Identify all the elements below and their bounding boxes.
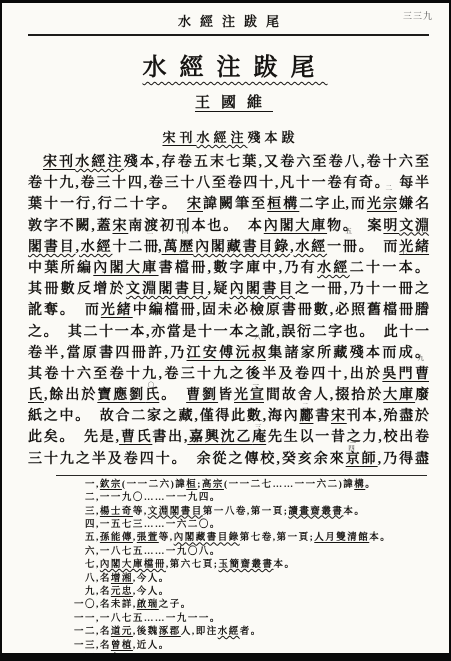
text-segment: 者。 [240,627,262,637]
text-segment: 酈 [299,409,313,424]
text-segment: 內閣大庫 [264,219,327,234]
footnote-line: 五,孫能傳,張萱等,內閣藏書目錄第七卷,第一頁;人月雙清館本。 [85,532,429,545]
text-segment: 其冊數反增於 [28,282,126,297]
text-segment: 光 [234,388,250,403]
text-segment: 止 [331,197,345,212]
text-segment: 一, [85,480,100,490]
text-segment: 十二 [112,240,144,255]
annotated-char: 四歷 [179,237,193,258]
text-segment: 曹劉 [186,388,218,403]
text-segment: 書 [313,409,331,424]
body-text: 宋刊水經注殘本,存卷五末七葉,又卷六至卷八,卷十六至卷十九,卷三十四,卷三十八至… [28,152,429,470]
footnote-line: 四,一五七三……一六二〇。 [85,519,429,532]
text-segment: 第一八卷,第一頁; [203,507,289,517]
text-segment: 歷 [179,240,193,255]
text-segment: 一〇,名未詳, [74,600,137,610]
text-segment: 涿郡 [159,627,181,637]
text-segment: 等, [133,507,148,517]
text-segment: 內閣大庫檔冊 [100,560,166,570]
annotated-char: 一二酈 [299,406,313,427]
text-segment: 水經 [79,240,112,255]
text-segment: 訛奪。 而 [28,303,101,318]
text-segment: 第七卷,第一頁; [240,533,315,543]
footnote-ref: 九 [418,356,427,362]
text-segment: 其卷十六至卷十九,卷三十九之後半及卷四十,出於 [28,367,382,382]
text-segment: 葉十一行,行二十字。 [28,197,187,212]
text-segment: 冊 [144,240,158,255]
text-segment: ,今人。 [133,587,170,597]
text-segment: 光緒 [101,303,133,318]
annotated-char: 一四京 [346,449,360,470]
text-segment: 七, [85,560,100,570]
text-segment: 卷十九,卷三十四,卷三十八至卷四十,凡十一卷有奇。 每半 [28,176,429,191]
text-segment: 宋刊 [162,130,196,145]
annotated-char: 一三庵 [252,427,266,448]
text-segment: 。 [159,388,186,403]
footnote-ref: 七 [401,250,410,256]
text-segment: (一一二六)諱 [122,480,186,490]
text-segment: (一一二七……一一六二)諱 [224,480,354,490]
text-segment: 人月雙清館 [314,533,369,543]
text-segment: 廢 [415,388,429,403]
text-segment: 之一冊,乃十一冊之 [295,282,429,297]
text-segment: 三十九之半及卷四十。 余從之傳校,癸亥余來 [28,452,346,467]
body-line: 紙之中。 故合二家之藏,僅得此數,海內一二酈書宋刊本,殆盡於 [28,406,429,427]
footnote-ref: 四 [182,229,191,235]
footnote-ref: 一四 [348,441,357,452]
annotated-char: 一一宣 [250,385,264,406]
text-segment: 之子。 [159,600,192,610]
text-segment: 。 而 [357,240,399,255]
text-segment: 文淵閣書目 [148,507,203,517]
footnote-line: 一〇,名未詳,啟瑞之子。 [74,599,429,612]
body-line: 之。 其二十一本,亦當是十一本之訛,誤衍二字也。 此十一 [28,322,429,343]
text-segment: 元忠 [111,587,133,597]
footnotes: 一,欽宗(一一二六)諱桓;高宗(一一二七……一一六二)諱構。二,一一九〇……一一… [28,479,429,661]
body-line: 其冊數反增於文淵閣書目,疑內閣書目之一冊,乃十一冊之 [28,279,429,300]
annotated-char: 一〇氏 [145,385,159,406]
text-segment: 吳門 [382,367,415,382]
text-segment: 宋刊 [43,155,75,170]
text-segment: 冊 [343,240,357,255]
annotated-char: 八叔 [252,343,266,364]
running-header-title: 水經注跋尾 [28,11,429,30]
text-segment: 五, [85,533,100,543]
body-line: 三十九之半及卷四十。 余從之傳校,癸亥余來一四京師,乃得盡 [28,449,429,470]
text-segment: 書檔冊,數字庫中,乃有 [159,261,318,276]
text-segment: 諱闕筆至 [203,197,267,212]
annotated-char: 三冊 [144,237,158,258]
text-segment: 宋 [112,219,128,234]
annotated-char: 一止 [331,194,345,215]
footnote-ref: 二 [386,186,395,192]
footnote-ref: 一二 [302,398,311,409]
text-segment: 萬 [162,240,180,255]
text-segment: 人,即注 [181,627,218,637]
footnote-ref: 五 [345,229,354,235]
text-segment: 四,一五七三……一六二〇。 [85,520,221,530]
text-segment: 文淵閣書目 [126,282,208,297]
text-segment: ,第六七頁; [166,560,219,570]
text-segment: 殘本跋 [248,130,299,145]
annotated-char: 七本 [399,258,413,279]
body-line: 宋刊水經注殘本,存卷五末七葉,又卷六至卷八,卷十六至 [28,152,429,173]
footnote-rule [56,475,427,476]
text-segment: 一 [327,240,343,255]
text-segment: 玉簡齋叢書 [218,560,273,570]
annotated-char: 五冊 [343,237,357,258]
text-segment: 。 [413,261,429,276]
text-segment: 本。 [369,533,391,543]
text-segment: 氏 [28,388,44,403]
page-title-text: 水經注跋尾 [143,55,328,81]
text-segment: 道元 [111,627,133,637]
text-segment: 光 [367,197,383,212]
text-segment: 增湘 [111,574,133,584]
author-name-text: 王國維 [195,95,273,111]
text-segment: 中葉所編 [28,261,93,276]
footnote-line: 一,欽宗(一一二六)諱桓;高宗(一一二七……一一六二)諱構。 [85,479,429,492]
text-segment: 內閣藏書目錄 [193,240,290,255]
footnote-ref: 八 [254,335,263,341]
text-segment: 楊士奇 [100,507,133,517]
footnote-line: 九,名元忠,今人。 [85,586,429,599]
text-segment: 水經注 [196,130,247,145]
text-segment: 劉 [129,388,145,403]
text-segment: 沈乙 [221,430,253,445]
text-segment: 桓構 [267,197,299,212]
scanned-book-page: 水經注跋尾 三三九 水經注跋尾 王國維 宋刊水經注殘本跋 宋刊水經注殘本,存卷五… [0,0,451,661]
text-segment: 殘本,存卷五末七葉,又卷六至卷八,卷十六至 [124,155,429,170]
body-line: 中葉所編內閣大庫書檔冊,數字庫中,乃有水經二十一七本。 [28,258,429,279]
text-segment: 京 [346,452,360,467]
text-segment: 叔 [252,346,266,361]
footnote-ref: 三 [147,229,156,235]
text-segment: 傅沅 [219,346,252,361]
page-title: 水經注跋尾 [28,47,429,82]
text-segment: 啟瑞 [137,600,159,610]
text-segment: 師 [360,452,378,467]
text-segment: 內閣大庫 [93,261,158,276]
text-segment: 讀畫齋叢書 [288,507,343,517]
text-segment: 嫌名 [397,197,429,212]
text-segment: 嘉興 [187,430,220,445]
text-segment: ,近人。 [133,641,170,651]
text-segment: 此矣。 先是, [28,430,119,445]
text-segment: 刊本,殆盡於 [347,409,429,424]
text-segment: 物。 案 [327,219,383,234]
text-segment: 之。 其二十一本,亦當是十一本之訛,誤衍二字也。 此十一 [28,325,429,340]
text-segment: ,疑 [208,282,230,297]
body-line: 氏,餘出於寶應劉一〇氏。 曹劉皆光一一宣間故舍人,掇拾於大庫廢 [28,385,429,406]
annotated-char: 六緒 [415,237,429,258]
footnote-ref: 一〇 [148,377,157,388]
text-segment: 一一,一八七五……一九一一。 [74,614,221,624]
body-line: 卷十九,卷三十四,卷三十八至卷四十,凡十一卷有奇。 每半 [28,173,429,194]
footnote-line: 一四,一九二三。 [74,653,429,661]
text-segment: 構 [354,480,365,490]
text-segment: 書出, [152,430,187,445]
text-segment: 庵 [252,430,266,445]
body-line: 葉十一行,行二十字。 宋諱闕筆至桓構二字一止,而光二宗嫌名 [28,194,429,215]
text-segment: 氏 [145,388,159,403]
text-segment: 八,名 [85,574,111,584]
footnote-line: 一三,名曾植,近人。 [74,640,429,653]
text-segment: 二十一 [350,261,399,276]
text-segment: 宗 [383,197,397,212]
text-segment: ,乃得盡 [378,452,429,467]
text-segment: 九,名 [85,587,111,597]
text-segment: 本 [399,261,413,276]
body-line: 訛奪。 而光緒中編檔冊,固未必檢原書冊數,必照舊檔冊謄 [28,300,429,321]
annotated-char: 二宗 [383,194,397,215]
text-segment: 水經 [294,240,327,255]
text-segment: 二字 [299,197,331,212]
footnote-line: 六,一八七五……一九〇八。 [85,546,429,559]
text-segment: 內閣書目 [230,282,295,297]
text-segment: 寶應 [97,388,129,403]
text-segment: 本。 [343,507,365,517]
footnote-ref: 六 [418,229,427,235]
text-segment: 閣書目 [28,240,75,255]
body-line: 卷半,當原書四冊許,乃江安傅沅八叔集諸家所藏殘本而成。 [28,343,429,364]
text-segment: 大庫 [383,388,415,403]
text-segment: 宋 [331,409,347,424]
body-line: 閣書目,水經十二三冊,萬四歷內閣藏書目錄,水經一五冊。 而光六緒 [28,237,429,258]
text-segment: 卷半,當原書四冊許,乃 [28,346,187,361]
text-segment: 一三,名 [74,641,111,651]
header-rule [28,34,429,36]
footnote-line: 三,楊士奇等,文淵閣書目第一八卷,第一頁;讀畫齋叢書本。 [85,506,429,519]
text-segment: 張萱 [137,533,159,543]
text-segment: 江安 [187,346,220,361]
text-segment: 內閣藏書目錄 [174,533,240,543]
footnote-ref: 一一 [253,377,262,388]
text-segment: 本。 [273,560,295,570]
text-segment: 一二,名 [74,627,111,637]
text-segment: ,今人。 [133,574,170,584]
author-name: 王國維 [28,91,429,112]
text-segment: 曾植 [111,641,133,651]
text-segment: 曹 [415,367,429,382]
text-segment: 孫能傳 [100,533,133,543]
footnote-line: 八,名增湘,今人。 [85,573,429,586]
footnote-line: 一二,名道元,後魏涿郡人,即注水經者。 [74,626,429,639]
text-segment: 一四,一九二三。 [74,654,155,661]
text-segment: 集諸家所藏殘本而成。 [266,346,429,361]
body-line: 此矣。 先是,曹氏書出,嘉興沈乙一三庵先生以一昔之力,校出卷 [28,427,429,448]
footnote-line: 二,一一九〇……一一九四。 [85,492,429,505]
text-segment: 曹氏 [119,430,152,445]
text-segment: 皆 [218,388,234,403]
text-segment: 。 [365,480,376,490]
text-segment: 敦字不闕,蓋 [28,219,112,234]
text-segment: ,餘出於 [44,388,97,403]
text-segment: 水經 [218,627,240,637]
footnote-ref: 一 [334,186,343,192]
annotated-char: 九曹 [415,364,429,385]
text-segment: 緒 [415,240,429,255]
text-segment: 欽宗 [100,480,122,490]
text-segment: 高宗 [202,480,224,490]
body-line: 敦字不闕,蓋宋南渡初刊本也。 本內閣大庫物。 案明文淵 [28,216,429,237]
footnote-ref: 一三 [255,419,264,430]
running-header: 水經注跋尾 三三九 [28,8,429,30]
text-segment: 宋 [187,197,203,212]
text-segment: 宣 [250,388,264,403]
text-segment: 水經注 [75,155,123,170]
page-number: 三三九 [403,9,433,22]
text-segment: ,後魏 [133,627,159,637]
text-segment: 明 [383,219,399,234]
text-segment: 三, [85,507,100,517]
text-segment: 水經 [317,261,350,276]
footnote-line: 一一,一八七五……一九一一。 [74,613,429,626]
footnote-line: 七,內閣大庫檔冊,第六七頁;玉簡齋叢書本。 [85,559,429,572]
text-segment: ,而 [345,197,367,212]
text-segment: 二,一一九〇……一一九四。 [85,493,221,503]
text-segment: 桓 [186,480,197,490]
text-segment: 六,一八七五……一九〇八。 [85,547,221,557]
body-line: 其卷十六至卷十九,卷三十九之後半及卷四十,出於吳門九曹 [28,364,429,385]
text-segment: 中編檔冊,固未必檢原書冊數,必照舊檔冊謄 [133,303,429,318]
text-segment: 間故舍人,掇拾於 [264,388,383,403]
section-heading: 宋刊水經注殘本跋 [28,127,429,146]
text-segment: 等, [159,533,174,543]
